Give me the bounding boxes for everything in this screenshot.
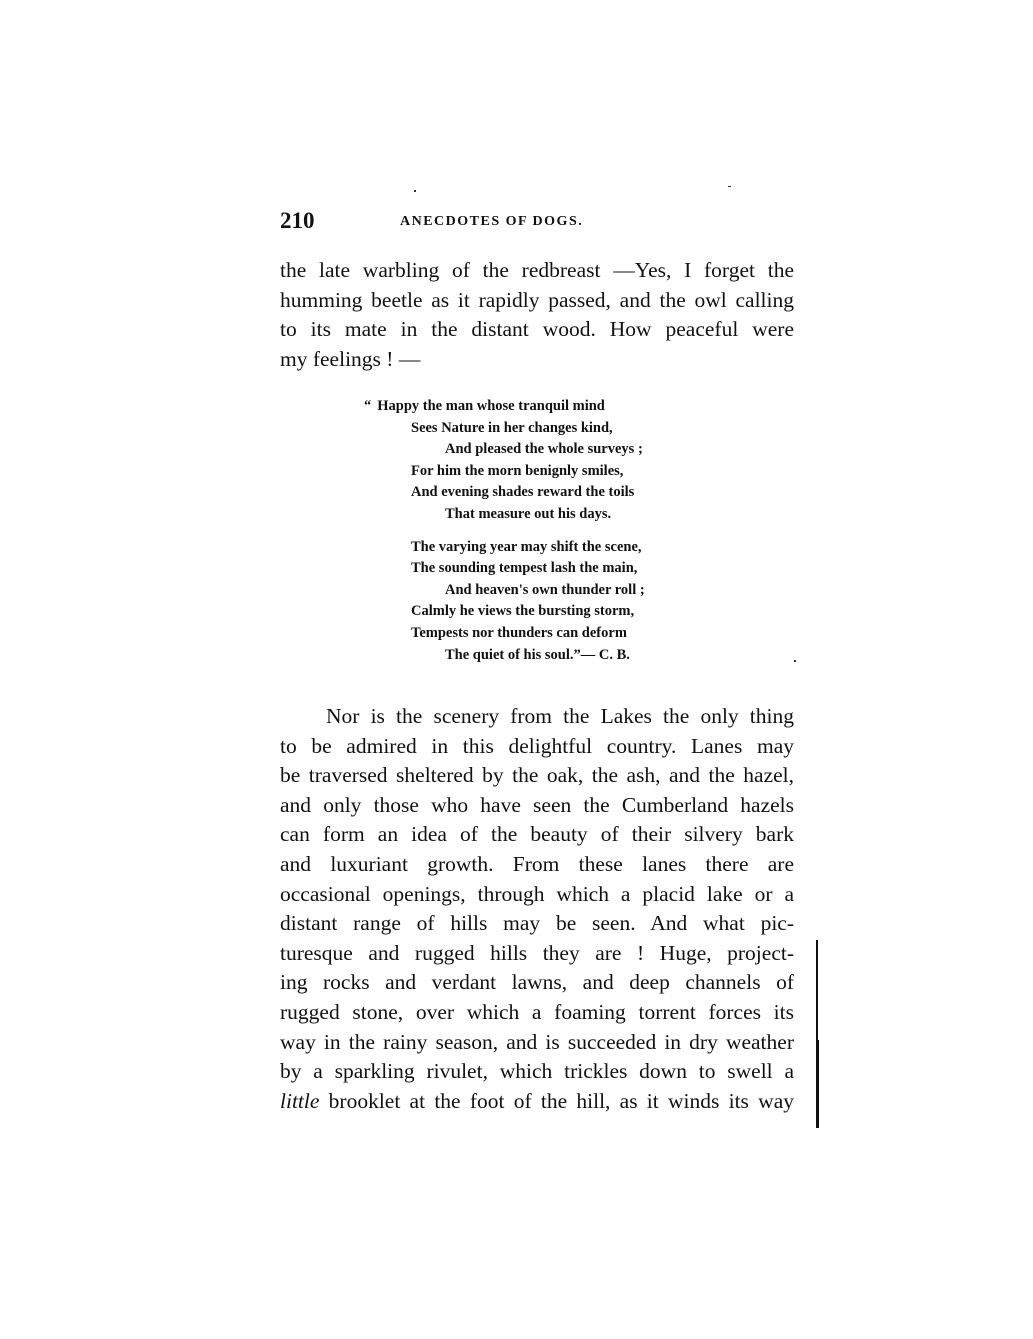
scan-speck <box>728 186 731 187</box>
poem-line: The sounding tempest lash the main, <box>386 558 645 580</box>
poem-line: Calmly he views the bursting storm, <box>386 601 645 623</box>
text-line: my feelings ! — <box>280 345 794 375</box>
page-number: 210 <box>280 208 315 234</box>
text-line: turesque and rugged hills they are ! Hug… <box>280 939 794 969</box>
italic-word: little <box>280 1089 319 1113</box>
poem-line: “Happy the man whose tranquil mind <box>364 396 645 418</box>
text-line: ing rocks and verdant lawns, and deep ch… <box>280 968 794 998</box>
text-line: be traversed sheltered by the oak, the a… <box>280 761 794 791</box>
poem-stanza: “Happy the man whose tranquil mind Sees … <box>386 396 645 526</box>
page-header: 210 ANECDOTES OF DOGS. <box>280 208 800 238</box>
text-line: way in the rainy season, and is succeede… <box>280 1028 794 1058</box>
text-line: little brooklet at the foot of the hill,… <box>280 1087 794 1117</box>
text-line: can form an idea of the beauty of their … <box>280 820 794 850</box>
text-line: rugged stone, over which a foaming torre… <box>280 998 794 1028</box>
text-line: and luxuriant growth. From these lanes t… <box>280 850 794 880</box>
poem-line: The quiet of his soul.”— C. B. <box>386 645 645 667</box>
poem-line: And pleased the whole surveys ; <box>386 439 645 461</box>
poem-line: And evening shades reward the toils <box>386 482 645 504</box>
poem-line: Sees Nature in her changes kind, <box>386 418 645 440</box>
open-quote-mark: “ <box>364 398 371 414</box>
text-line: to be admired in this delightful country… <box>280 732 794 762</box>
text-line: and only those who have seen the Cumberl… <box>280 791 794 821</box>
text-line: Nor is the scenery from the Lakes the on… <box>280 702 794 732</box>
poem-stanza: The varying year may shift the scene, Th… <box>386 537 645 667</box>
poem-line: For him the morn benignly smiles, <box>386 461 645 483</box>
scan-edge-mark <box>816 1040 819 1128</box>
text-line: to its mate in the distant wood. How pea… <box>280 315 794 345</box>
poem-line: That measure out his days. <box>386 504 645 526</box>
text-line: distant range of hills may be seen. And … <box>280 909 794 939</box>
text-line: by a sparkling rivulet, which trickles d… <box>280 1057 794 1087</box>
book-page: 210 ANECDOTES OF DOGS. the late warbling… <box>0 0 1033 1339</box>
poem-quotation: “Happy the man whose tranquil mind Sees … <box>386 396 645 677</box>
paragraph-continuation: the late warbling of the redbreast —Yes,… <box>280 256 794 374</box>
paragraph-lakes: Nor is the scenery from the Lakes the on… <box>280 702 794 1116</box>
text-line: the late warbling of the redbreast —Yes,… <box>280 256 794 286</box>
poem-line: And heaven's own thunder roll ; <box>386 580 645 602</box>
scan-speck <box>794 660 796 662</box>
poem-line: Tempests nor thunders can deform <box>386 623 645 645</box>
poem-line: The varying year may shift the scene, <box>386 537 645 559</box>
text-line: occasional openings, through which a pla… <box>280 880 794 910</box>
scan-speck <box>414 190 416 192</box>
text-line: humming beetle as it rapidly passed, and… <box>280 286 794 316</box>
running-head: ANECDOTES OF DOGS. <box>400 214 583 230</box>
